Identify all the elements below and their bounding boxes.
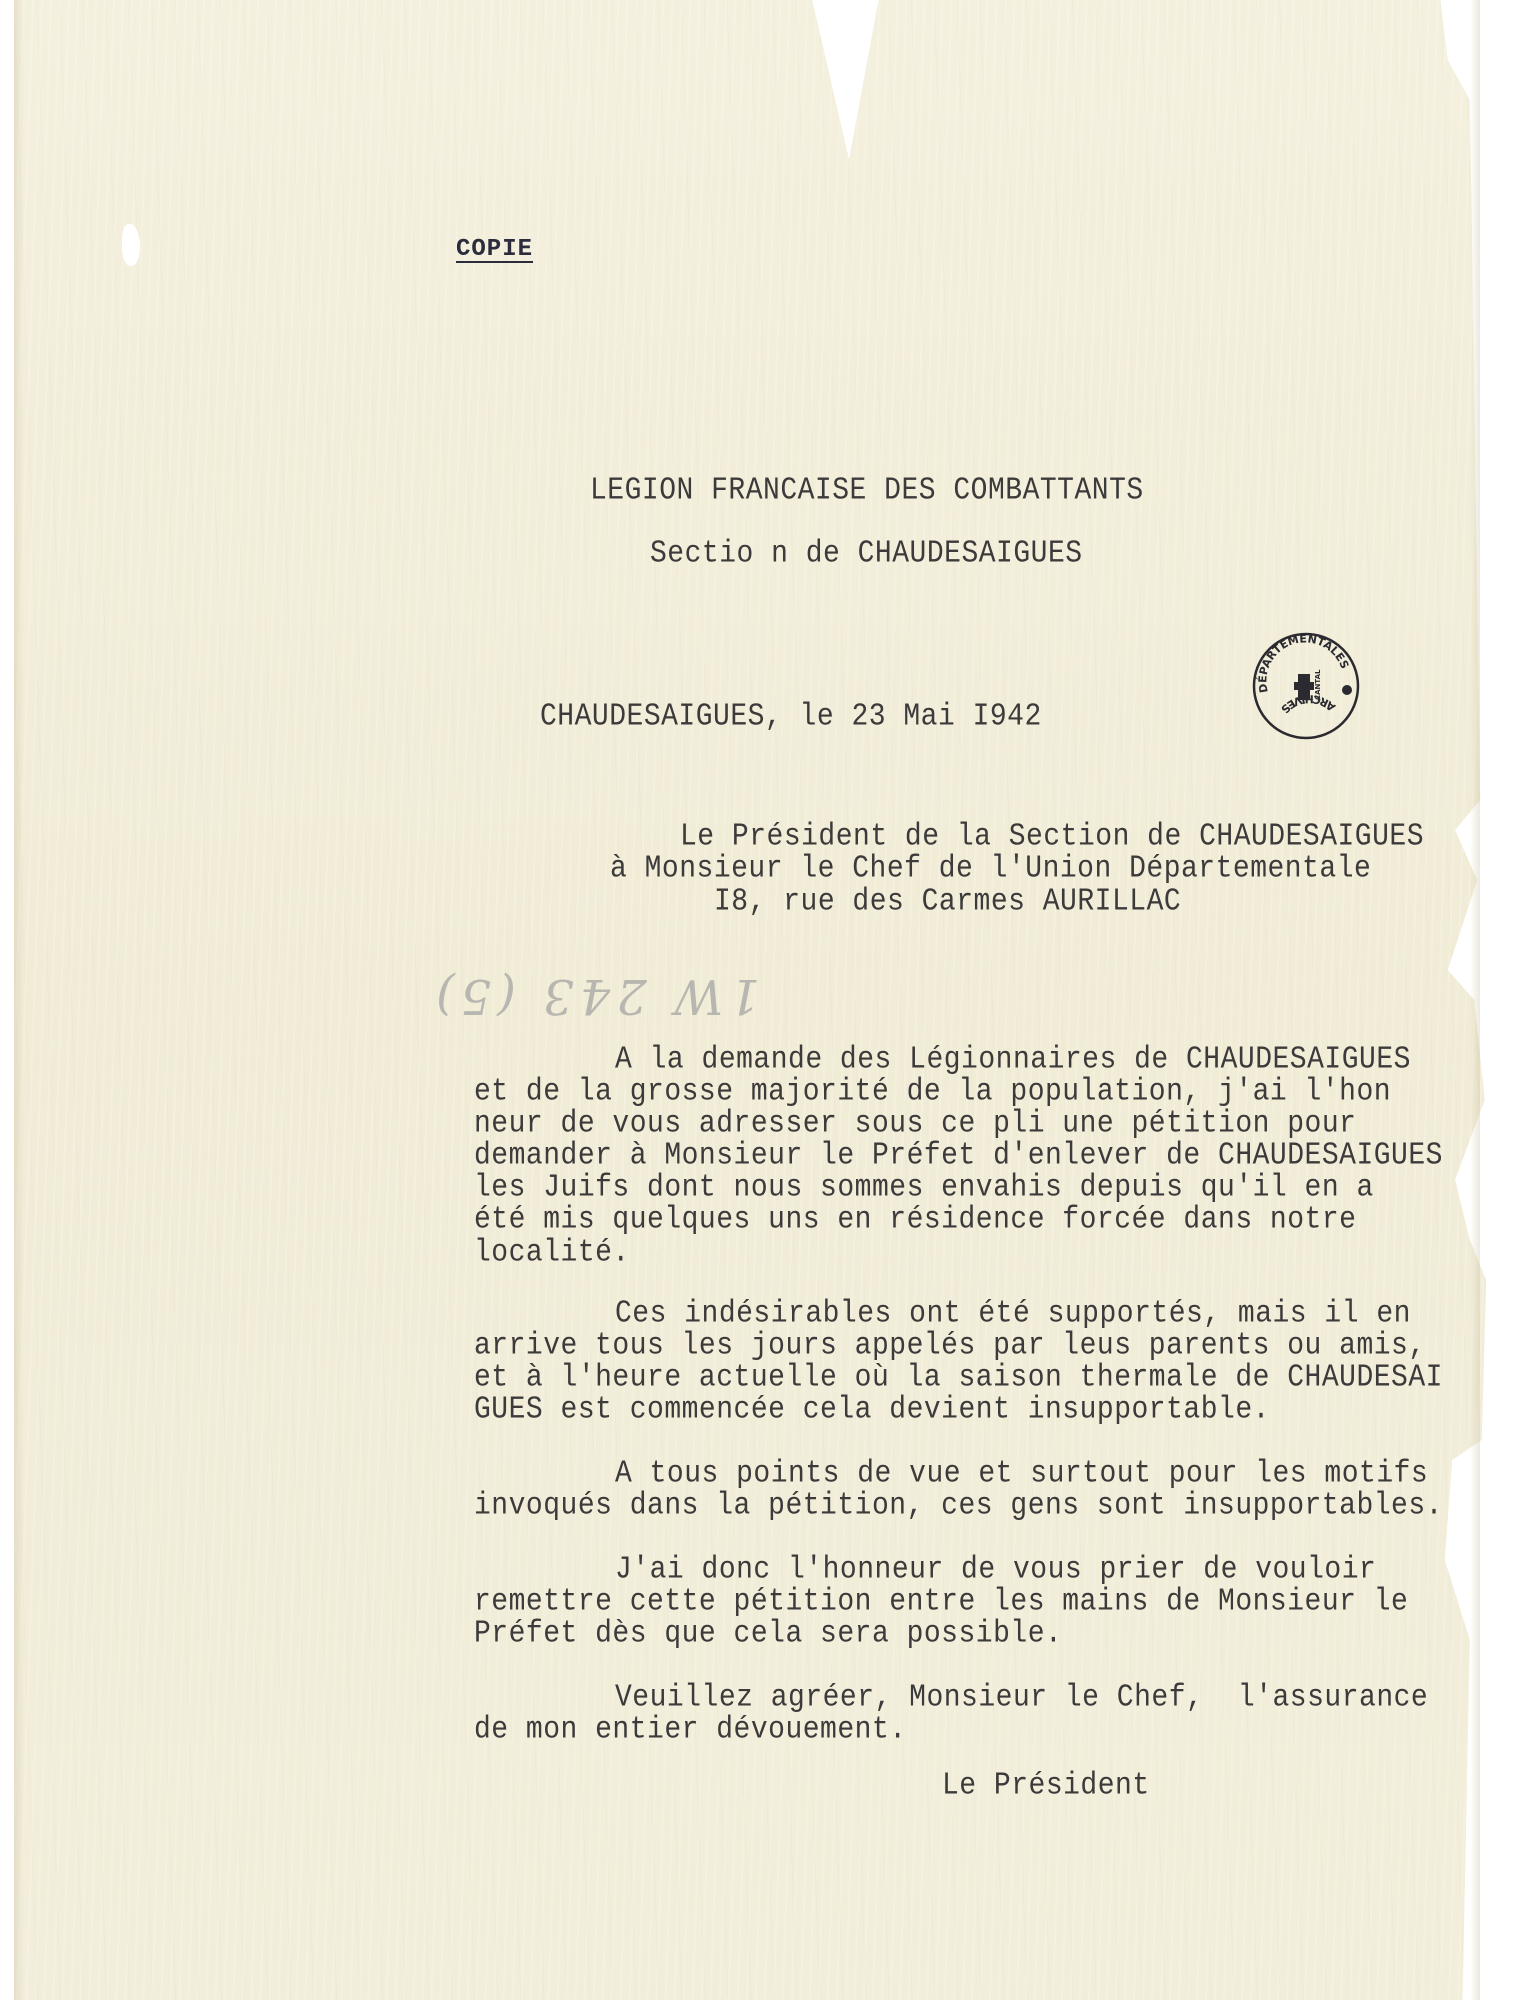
body-line: J'ai donc l'honneur de vous prier de vou… <box>615 1553 1376 1588</box>
body-line: et à l'heure actuelle où la saison therm… <box>474 1361 1443 1396</box>
body-line: neur de vous adresser sous ce pli une pé… <box>474 1107 1356 1142</box>
body-line: A tous points de vue et surtout pour les… <box>615 1457 1428 1492</box>
left-edge-shade <box>14 0 24 2000</box>
body-line: arrive tous les jours appelés par leus p… <box>474 1329 1426 1364</box>
stamp-center-text: CANTAL <box>1314 669 1322 700</box>
body-line: A la demande des Légionnaires de CHAUDES… <box>615 1043 1411 1078</box>
sender-line: Le Président de la Section de CHAUDESAIG… <box>680 820 1424 855</box>
body-line: demander à Monsieur le Préfet d'enlever … <box>474 1139 1443 1174</box>
body-line: les Juifs dont nous sommes envahis depui… <box>474 1171 1374 1206</box>
body-line: remettre cette pétition entre les mains … <box>474 1585 1408 1620</box>
body-line: Préfet dès que cela sera possible. <box>474 1617 1062 1652</box>
body-line: invoqués dans la pétition, ces gens sont… <box>474 1489 1443 1524</box>
closing-line: Veuillez agréer, Monsieur le Chef, l'ass… <box>615 1681 1428 1716</box>
section-heading: Sectio n de CHAUDESAIGUES <box>650 537 1083 572</box>
copy-mark: COPIE <box>456 236 533 263</box>
body-line: Ces indésirables ont été supportés, mais… <box>615 1297 1411 1332</box>
right-edge-shade <box>1470 0 1480 2000</box>
recipient-line: à Monsieur le Chef de l'Union Départemen… <box>610 852 1371 887</box>
body-line: et de la grosse majorité de la populatio… <box>474 1075 1391 1110</box>
handwritten-archive-reference: 1W 243 (5) <box>430 968 760 1024</box>
organization-heading: LEGION FRANCAISE DES COMBATTANTS <box>590 474 1144 509</box>
body-line: GUES est commencée cela devient insuppor… <box>474 1393 1270 1428</box>
body-line: localité. <box>474 1236 630 1271</box>
place-date: CHAUDESAIGUES, le 23 Mai I942 <box>540 700 1042 735</box>
archives-stamp-icon: DÉPARTEMENTALES ARCHIVES CANTAL <box>1250 630 1362 742</box>
recipient-address: I8, rue des Carmes AURILLAC <box>714 885 1181 920</box>
body-line: été mis quelques uns en résidence forcée… <box>474 1203 1356 1238</box>
signature: Le Président <box>942 1769 1150 1804</box>
archives-stamp: DÉPARTEMENTALES ARCHIVES CANTAL <box>1250 630 1362 742</box>
closing-line: de mon entier dévouement. <box>474 1713 907 1748</box>
paper-tear-hole <box>122 224 140 266</box>
